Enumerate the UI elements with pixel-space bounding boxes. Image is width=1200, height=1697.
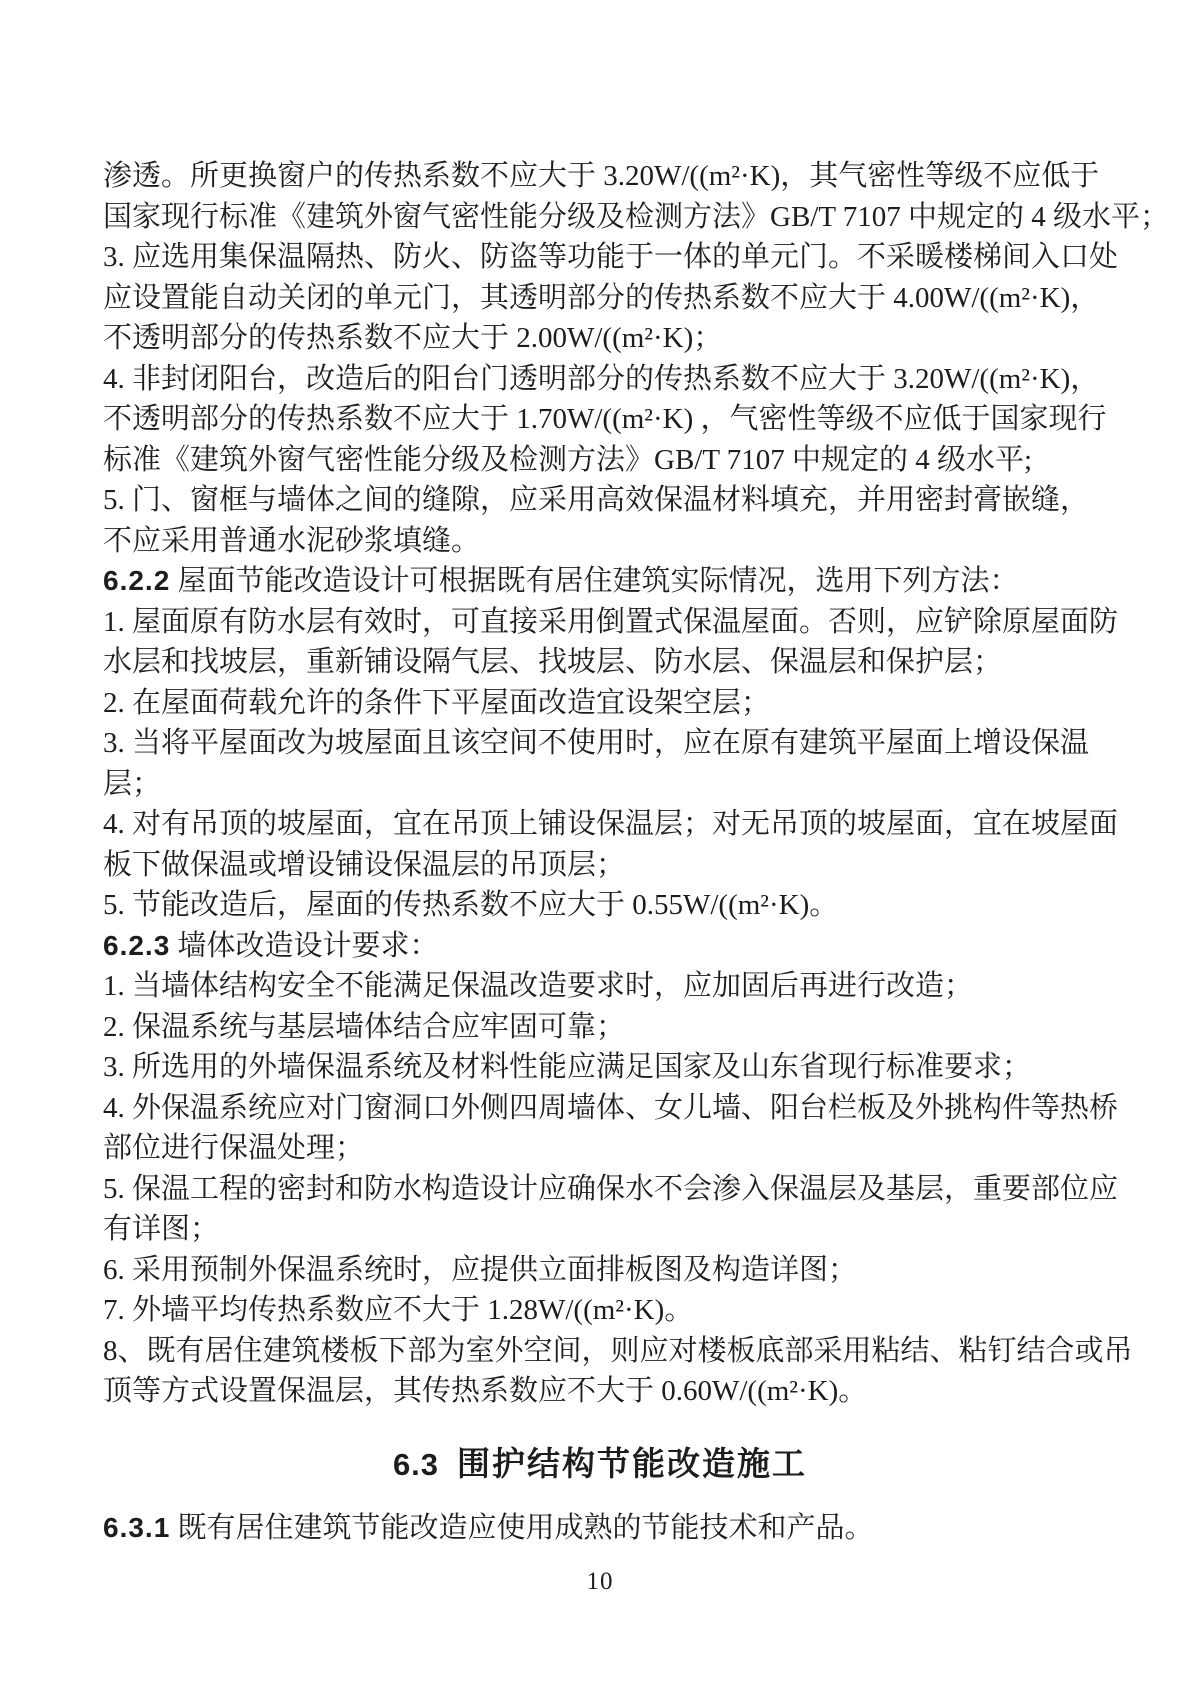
body-text-block: 渗透。所更换窗户的传热系数不应大于 3.20W/((m²·K)，其气密性等级不应… <box>103 156 1113 1412</box>
clause-line: 6.3.1 既有居住建筑节能改造应使用成熟的节能技术和产品。 <box>103 1508 1113 1549</box>
text-line: 6. 采用预制外保温系统时，应提供立面排板图及构造详图； <box>103 1250 1113 1291</box>
text-line: 标准《建筑外窗气密性能分级及检测方法》GB/T 7107 中规定的 4 级水平; <box>103 440 1113 481</box>
text-line: 2. 保温系统与基层墙体结合应牢固可靠； <box>103 1007 1113 1048</box>
text-line: 4. 外保温系统应对门窗洞口外侧四周墙体、女儿墙、阳台栏板及外挑构件等热桥 <box>103 1088 1113 1129</box>
clause-line: 6.2.3 墙体改造设计要求： <box>103 926 1113 967</box>
page-number: 10 <box>0 1568 1200 1596</box>
text-line: 顶等方式设置保温层，其传热系数应不大于 0.60W/((m²·K)。 <box>103 1371 1113 1412</box>
text-line: 部位进行保温处理； <box>103 1128 1113 1169</box>
clause-number: 6.2.3 <box>103 930 170 961</box>
text-line: 应设置能自动关闭的单元门，其透明部分的传热系数不应大于 4.00W/((m²·K… <box>103 278 1113 319</box>
text-line: 5. 节能改造后，屋面的传热系数不应大于 0.55W/((m²·K)。 <box>103 885 1113 926</box>
clause-line: 6.2.2 屋面节能改造设计可根据既有居住建筑实际情况，选用下列方法： <box>103 561 1113 602</box>
text-line: 3. 应选用集保温隔热、防火、防盗等功能于一体的单元门。不采暖楼梯间入口处 <box>103 237 1113 278</box>
text-line: 国家现行标准《建筑外窗气密性能分级及检测方法》GB/T 7107 中规定的 4 … <box>103 197 1113 238</box>
text-line: 水层和找坡层，重新铺设隔气层、找坡层、防水层、保温层和保护层； <box>103 642 1113 683</box>
text-line: 不应采用普通水泥砂浆填缝。 <box>103 521 1113 562</box>
clause-number: 6.2.2 <box>103 565 170 596</box>
section-title: 围护结构节能改造施工 <box>457 1447 807 1483</box>
text-line: 3. 所选用的外墙保温系统及材料性能应满足国家及山东省现行标准要求； <box>103 1047 1113 1088</box>
text-line: 3. 当将平屋面改为坡屋面且该空间不使用时，应在原有建筑平屋面上增设保温 <box>103 723 1113 764</box>
text-line: 5. 门、窗框与墙体之间的缝隙，应采用高效保温材料填充，并用密封膏嵌缝， <box>103 480 1113 521</box>
clause-number: 6.3.1 <box>103 1512 170 1543</box>
text-line: 7. 外墙平均传热系数应不大于 1.28W/((m²·K)。 <box>103 1290 1113 1331</box>
text-line: 1. 屋面原有防水层有效时，可直接采用倒置式保温屋面。否则，应铲除原屋面防 <box>103 602 1113 643</box>
text-line: 5. 保温工程的密封和防水构造设计应确保水不会渗入保温层及基层，重要部位应 <box>103 1169 1113 1210</box>
text-line: 8、既有居住建筑楼板下部为室外空间，则应对楼板底部采用粘结、粘钉结合或吊 <box>103 1331 1113 1372</box>
document-page: 渗透。所更换窗户的传热系数不应大于 3.20W/((m²·K)，其气密性等级不应… <box>0 0 1200 1697</box>
text-line: 1. 当墙体结构安全不能满足保温改造要求时，应加固后再进行改造； <box>103 966 1113 1007</box>
section-number: 6.3 <box>393 1447 439 1482</box>
subsection-text-block: 6.3.1 既有居住建筑节能改造应使用成熟的节能技术和产品。 <box>103 1508 1113 1549</box>
section-heading: 6.3围护结构节能改造施工 <box>0 1438 1200 1485</box>
text-line: 不透明部分的传热系数不应大于 2.00W/((m²·K)； <box>103 318 1113 359</box>
text-line: 4. 对有吊顶的坡屋面，宜在吊顶上铺设保温层；对无吊顶的坡屋面，宜在坡屋面 <box>103 804 1113 845</box>
text-line: 渗透。所更换窗户的传热系数不应大于 3.20W/((m²·K)，其气密性等级不应… <box>103 156 1113 197</box>
text-line: 2. 在屋面荷载允许的条件下平屋面改造宜设架空层； <box>103 683 1113 724</box>
text-line: 板下做保温或增设铺设保温层的吊顶层； <box>103 845 1113 886</box>
text-line: 有详图； <box>103 1209 1113 1250</box>
text-line: 层； <box>103 764 1113 805</box>
text-line: 不透明部分的传热系数不应大于 1.70W/((m²·K) ，气密性等级不应低于国… <box>103 399 1113 440</box>
text-line: 4. 非封闭阳台，改造后的阳台门透明部分的传热系数不应大于 3.20W/((m²… <box>103 359 1113 400</box>
